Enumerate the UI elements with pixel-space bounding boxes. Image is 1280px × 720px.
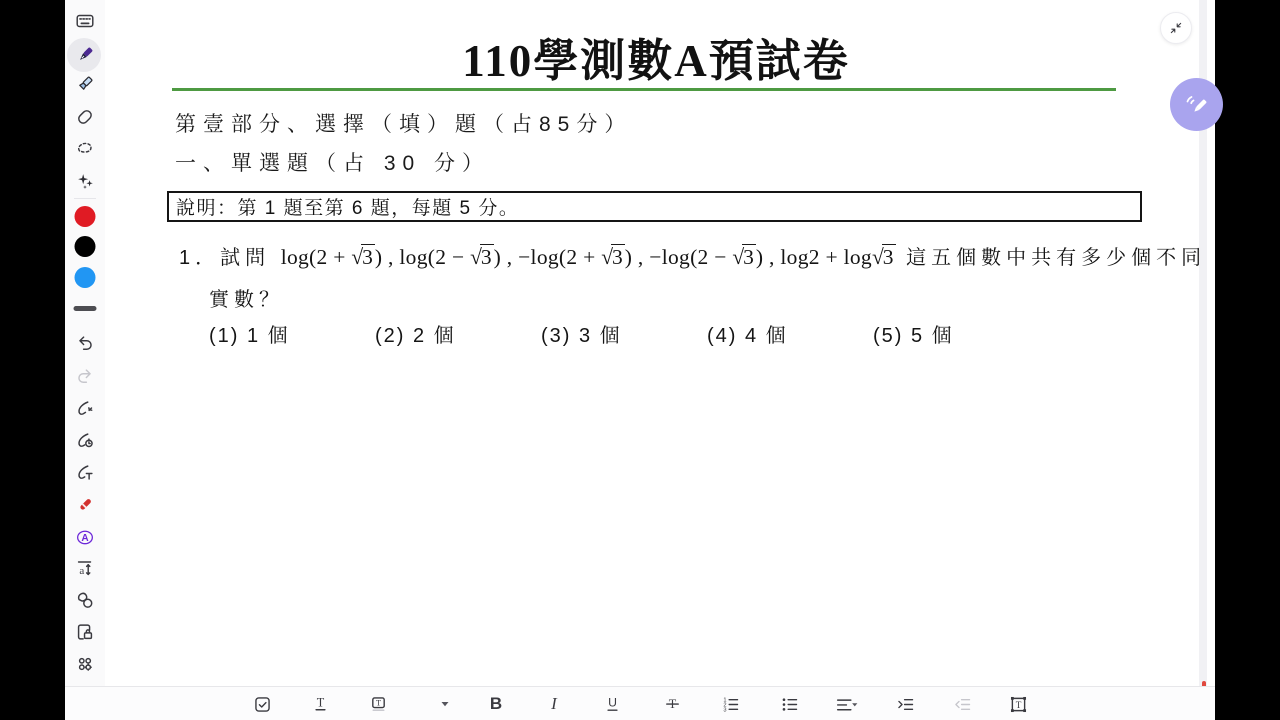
color-swatch-black[interactable] [75, 236, 96, 257]
collapse-button[interactable] [1160, 12, 1192, 44]
text-highlight-icon[interactable]: T [366, 692, 390, 716]
stroke-width-indicator[interactable] [74, 306, 97, 311]
section-heading: 第壹部分、選擇（填）題（占85分） [175, 108, 632, 138]
bullet-list-icon[interactable] [777, 692, 801, 716]
page-lock-icon[interactable] [73, 620, 97, 644]
italic-icon[interactable]: I [542, 692, 566, 716]
svg-text:U: U [608, 695, 617, 709]
numbered-list-icon[interactable]: 123 [718, 692, 742, 716]
bold-icon[interactable]: B [484, 692, 508, 716]
keyboard-icon[interactable] [73, 9, 97, 33]
sidebar-divider [74, 198, 96, 199]
sqrt-expression: √3 [872, 245, 896, 269]
shape-to-text-icon[interactable] [73, 461, 97, 485]
title-underline [172, 88, 1116, 91]
indent-increase-icon[interactable] [893, 692, 917, 716]
text-size-icon[interactable]: a [73, 556, 97, 580]
shape-timer-icon[interactable] [73, 429, 97, 453]
text-color-icon[interactable]: T [308, 692, 332, 716]
svg-text:a: a [79, 565, 84, 577]
svg-text:T: T [1015, 699, 1021, 709]
sqrt-expression: √3 [732, 245, 756, 269]
question-line-1: 1．試問 log(2 + √3) , log(2 − √3) , −log(2 … [179, 241, 1207, 270]
option-3: (3) 3 個 [541, 319, 622, 348]
ai-sparkles-icon[interactable] [73, 169, 97, 193]
option-4: (4) 4 個 [707, 319, 788, 348]
apps-grid-icon[interactable] [73, 652, 97, 676]
red-marker-icon[interactable] [73, 493, 97, 517]
collapse-icon [1168, 20, 1184, 36]
question-line-2: 實數？ [209, 283, 284, 312]
tool-sidebar: A a [65, 0, 106, 686]
shapes-icon[interactable] [73, 588, 97, 612]
instruction-box: 說明：第 1 題至第 6 題，每題 5 分。 [167, 191, 1142, 222]
option-5: (5) 5 個 [873, 319, 954, 348]
note-app-window: A a [65, 0, 1215, 720]
option-1: (1) 1 個 [209, 319, 290, 348]
answer-options: (1) 1 個 (2) 2 個 (3) 3 個 (4) 4 個 (5) 5 個 [209, 319, 1069, 345]
color-swatch-red[interactable] [75, 206, 96, 227]
text-format-toolbar: T T B I U T [65, 686, 1215, 720]
sqrt-expression: √3 [470, 245, 494, 269]
text-box-icon[interactable]: T [1006, 692, 1030, 716]
question-number-text: 1．試問 [179, 247, 281, 269]
shape-recognition-icon[interactable] [73, 397, 97, 421]
undo-icon[interactable] [73, 332, 97, 356]
sqrt-expression: √3 [351, 245, 375, 269]
svg-text:3: 3 [723, 707, 726, 713]
chevron-down-icon[interactable] [433, 692, 457, 716]
pen-tool-icon[interactable] [73, 43, 97, 67]
font-style-icon[interactable]: A [73, 525, 97, 549]
svg-text:T: T [316, 695, 324, 709]
document-canvas[interactable]: 110學測數A預試卷 第壹部分、選擇（填）題（占85分） 一、單選題（占 30 … [105, 0, 1207, 686]
align-left-icon[interactable] [834, 692, 858, 716]
redo-icon[interactable] [73, 365, 97, 389]
eraser-tool-icon[interactable] [73, 105, 97, 129]
pen-wave-icon [1182, 90, 1212, 120]
underline-icon[interactable]: U [600, 692, 624, 716]
lasso-tool-icon[interactable] [73, 137, 97, 161]
color-swatch-blue[interactable] [75, 267, 96, 288]
question-text: 這五個數中共有多少個不同的 [896, 247, 1207, 269]
instruction-text: 說明：第 1 題至第 6 題，每題 5 分。 [176, 193, 519, 220]
live-pen-fab[interactable] [1170, 78, 1223, 131]
option-2: (2) 2 個 [375, 319, 456, 348]
strikethrough-icon[interactable]: T [660, 692, 684, 716]
svg-text:A: A [81, 533, 89, 544]
page-title: 110學測數A預試卷 [105, 24, 1207, 89]
indent-decrease-icon[interactable] [950, 692, 974, 716]
highlighter-tool-icon[interactable] [73, 72, 97, 96]
subsection-heading: 一、單選題（占 30 分） [175, 147, 490, 177]
checkbox-icon[interactable] [250, 692, 274, 716]
svg-text:T: T [375, 698, 380, 707]
sqrt-expression: √3 [601, 245, 625, 269]
